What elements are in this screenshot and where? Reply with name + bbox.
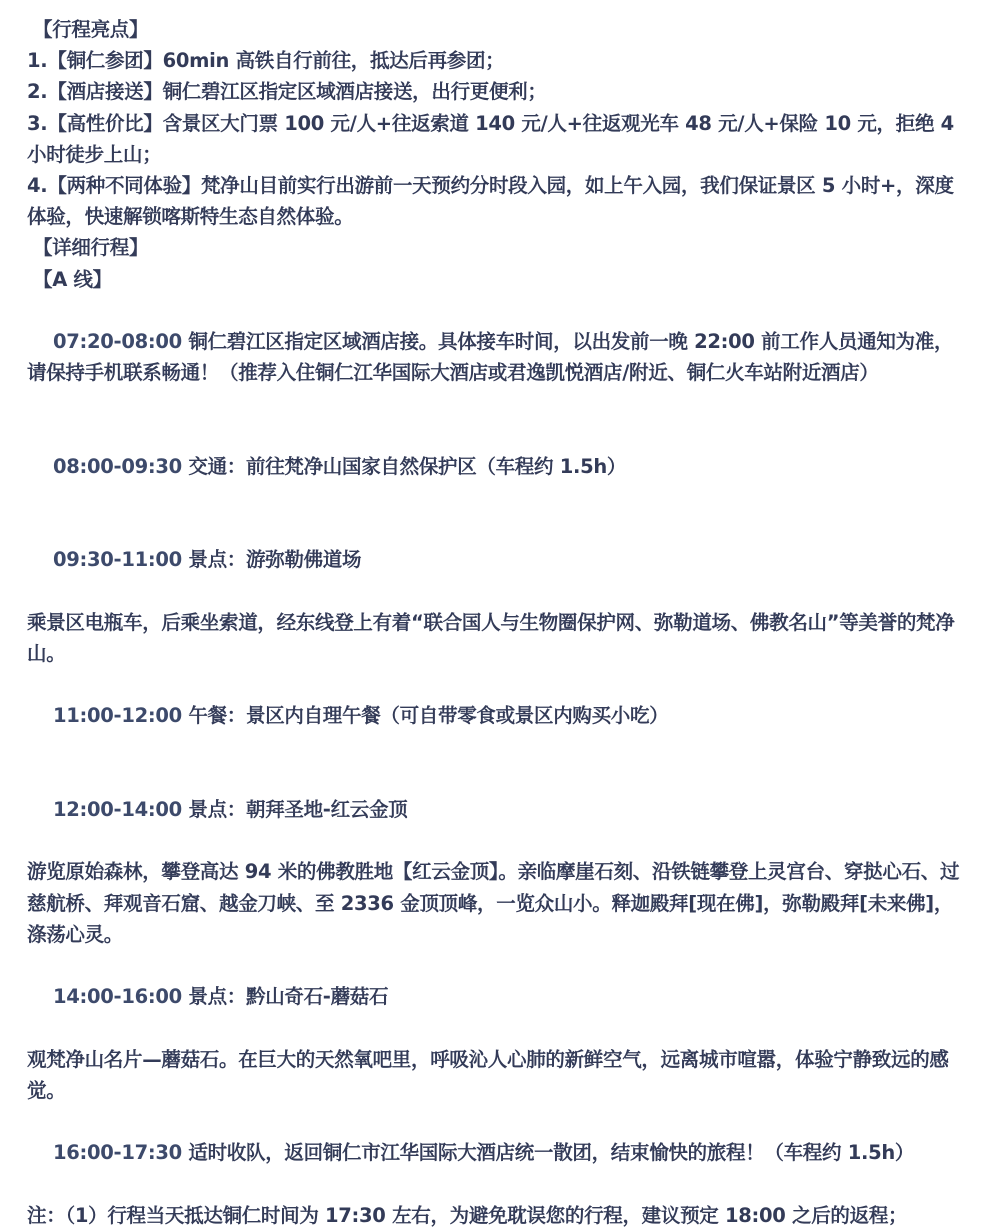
schedule-entry: 12:00-14:00 景点：朝拜圣地-红云金顶 (27, 763, 967, 857)
schedule-entry: 11:00-12:00 午餐：景区内自理午餐（可自带零食或景区内购买小吃） (27, 669, 967, 763)
itinerary-title: 【详细行程】 (27, 232, 967, 263)
time-range: 07:20-08:00 (53, 330, 182, 353)
schedule-entry: 07:20-08:00 铜仁碧江区指定区域酒店接。具体接车时间，以出发前一晚 2… (27, 295, 967, 420)
highlight-item: 1.【铜仁参团】60min 高铁自行前往，抵达后再参团； (27, 45, 967, 76)
highlight-item: 4.【两种不同体验】梵净山目前实行出游前一天预约分时段入园，如上午入园，我们保证… (27, 170, 967, 232)
entry-text: 景点：游弥勒佛道场 (188, 548, 361, 571)
highlight-item: 2.【酒店接送】铜仁碧江区指定区域酒店接送，出行更便利； (27, 76, 967, 107)
entry-detail: 乘景区电瓶车，后乘坐索道，经东线登上有着“联合国人与生物圈保护网、弥勒道场、佛教… (27, 607, 967, 669)
schedule-entry: 09:30-11:00 景点：游弥勒佛道场 (27, 513, 967, 607)
time-range: 11:00-12:00 (53, 704, 182, 727)
route-label: 【A 线】 (27, 264, 967, 295)
entry-text: 景点：黔山奇石-蘑菇石 (188, 985, 388, 1000)
entry-text: 交通：前往梵净山国家自然保护区（车程约 1.5h） (188, 455, 626, 478)
time-range: 14:00-16:00 (53, 985, 182, 1000)
itinerary-document: 【行程亮点】 1.【铜仁参团】60min 高铁自行前往，抵达后再参团； 2.【酒… (27, 14, 967, 1000)
time-range: 09:30-11:00 (53, 548, 182, 571)
schedule-entry: 14:00-16:00 景点：黔山奇石-蘑菇石 (27, 950, 967, 1000)
schedule-entry: 08:00-09:30 交通：前往梵净山国家自然保护区（车程约 1.5h） (27, 420, 967, 514)
entry-text: 景点：朝拜圣地-红云金顶 (188, 798, 407, 821)
entry-detail: 游览原始森林，攀登高达 94 米的佛教胜地【红云金顶】。亲临摩崖石刻、沿铁链攀登… (27, 856, 967, 950)
highlights-title: 【行程亮点】 (27, 14, 967, 45)
highlight-item: 3.【高性价比】含景区大门票 100 元/人+往返索道 140 元/人+往返观光… (27, 108, 967, 170)
entry-text: 午餐：景区内自理午餐（可自带零食或景区内购买小吃） (188, 704, 668, 727)
time-range: 08:00-09:30 (53, 455, 182, 478)
time-range: 12:00-14:00 (53, 798, 182, 821)
